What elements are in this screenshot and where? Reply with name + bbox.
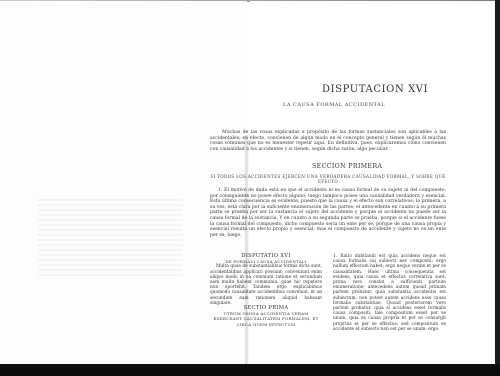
- section-subheading: SI TODOS LOS ACCIDENTES EJERCEN UNA VERD…: [210, 174, 446, 184]
- section-heading: SECCION PRIMERA: [312, 163, 382, 170]
- disputation-title: DISPUTACION XVI: [322, 84, 428, 95]
- latin-intro: Multa quae de substantialibus formis dic…: [210, 264, 322, 306]
- latin-section-subheading: UTRUM OMNIA ACCIDENTIA VERAM EXERCEANT C…: [210, 311, 322, 327]
- intro-paragraph: Muchas de las cosas explicadas a propósi…: [210, 130, 446, 152]
- book-gutter: [244, 135, 249, 365]
- latin-column: DISPUTATIO XVI DE FORMALI CAUSA ACCIDENT…: [210, 254, 322, 327]
- disputation-subtitle: LA CAUSA FORMAL ACCIDENTAL: [283, 102, 385, 108]
- latin-column-right: 1. Ratio dubitandi est quia accidens neq…: [333, 254, 446, 332]
- scan-bottom-edge: [0, 364, 500, 376]
- bleed-through-text: [38, 199, 183, 277]
- section-paragraph: 1. El motivo de duda está en que el acci…: [210, 188, 446, 238]
- book-spread: DISPUTACION XVI LA CAUSA FORMAL ACCIDENT…: [0, 0, 500, 367]
- right-edge: [495, 0, 500, 367]
- right-page: DISPUTACION XVI LA CAUSA FORMAL ACCIDENT…: [250, 1, 495, 365]
